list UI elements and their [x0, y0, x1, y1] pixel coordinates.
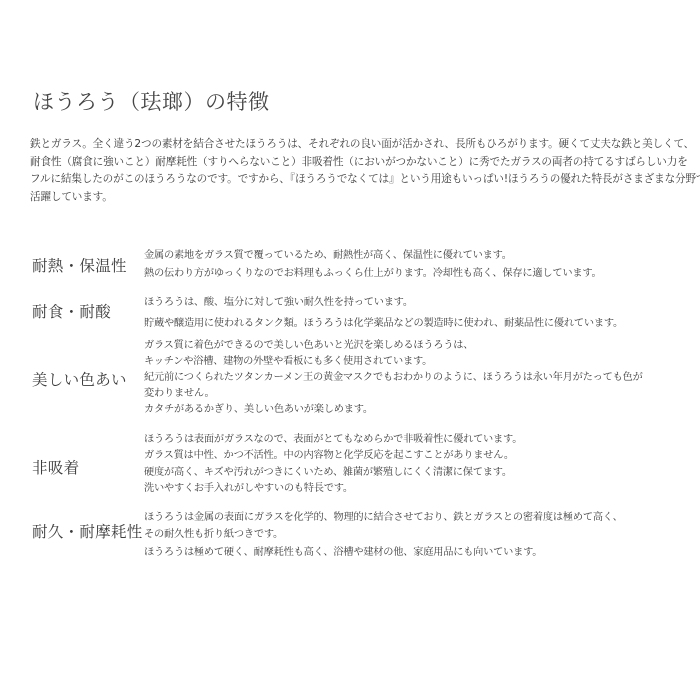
- feature-line: その耐久性も折り紙つきです。: [144, 526, 623, 544]
- feature-description: ほうろうは金属の表面にガラスを化学的、物理的に結合させており、鉄とガラスとの密着…: [144, 510, 623, 562]
- feature-description: 金属の素地をガラス質で覆っているため、耐熱性が高く、保温性に優れています。 熱の…: [144, 247, 601, 283]
- feature-heading: 耐久・耐摩耗性: [32, 520, 143, 542]
- feature-line: キッチンや浴槽、建物の外壁や看板にも多く使用されています。: [144, 354, 643, 370]
- page-title: ほうろう（珐瑯）の特徴: [33, 86, 270, 116]
- feature-line: ほうろうは金属の表面にガラスを化学的、物理的に結合させており、鉄とガラスとの密着…: [144, 510, 623, 526]
- intro-paragraph: 鉄とガラス。全く違う2つの素材を結合させたほうろうは、それぞれの良い面が活かされ…: [30, 136, 690, 206]
- feature-line: ガラス質に着色ができるので美しい色あいと光沢を楽しめるほうろうは、: [144, 338, 643, 354]
- feature-heading: 非吸着: [32, 456, 79, 478]
- feature-description: ほうろうは、酸、塩分に対して強い耐久性を持っています。 貯蔵や醸造用に使われるタ…: [144, 292, 623, 334]
- feature-line: 紀元前につくられたツタンカーメン王の黄金マスクでもおわかりのように、ほうろうは永…: [144, 370, 643, 386]
- feature-line: ほうろうは表面がガラスなので、表面がとてもなめらかで非吸着性に優れています。: [144, 432, 522, 448]
- intro-line: 耐食性（腐食に強いこと）耐摩耗性（すりへらないこと）非吸着性（においがつかないこ…: [30, 154, 690, 172]
- feature-heading: 美しい色あい: [32, 368, 127, 390]
- intro-line: フルに結集したのがこのほうろうなのです。ですから、『ほうろうでなくては』という用…: [30, 171, 690, 189]
- feature-heading: 耐食・耐酸: [32, 300, 111, 322]
- feature-description: ガラス質に着色ができるので美しい色あいと光沢を楽しめるほうろうは、 キッチンや浴…: [144, 338, 643, 418]
- feature-line: 変わりません。: [144, 386, 643, 402]
- feature-line: 貯蔵や醸造用に使われるタンク類。ほうろうは化学薬品などの製造時に使われ、耐薬品性…: [144, 313, 623, 334]
- intro-line: 活躍しています。: [30, 189, 690, 207]
- feature-line: 熱の伝わり方がゆっくりなのでお料理もふっくら仕上がります。冷却性も高く、保存に適…: [144, 265, 601, 283]
- feature-line: ガラス質は中性、かつ不活性。中の内容物と化学反応を起こすことがありません。: [144, 448, 522, 464]
- feature-line: 硬度が高く、キズや汚れがつきにくいため、雑菌が繁殖しにくく清潔に保てます。: [144, 464, 522, 481]
- feature-line: カタチがあるかぎり、美しい色あいが楽しめます。: [144, 402, 643, 418]
- intro-line: 鉄とガラス。全く違う2つの素材を結合させたほうろうは、それぞれの良い面が活かされ…: [30, 136, 690, 154]
- feature-line: ほうろうは、酸、塩分に対して強い耐久性を持っています。: [144, 292, 623, 313]
- feature-description: ほうろうは表面がガラスなので、表面がとてもなめらかで非吸着性に優れています。 ガ…: [144, 432, 522, 497]
- feature-line: 金属の素地をガラス質で覆っているため、耐熱性が高く、保温性に優れています。: [144, 247, 601, 265]
- feature-line: 洗いやすくお手入れがしやすいのも特長です。: [144, 481, 522, 497]
- feature-heading: 耐熱・保温性: [32, 254, 127, 276]
- feature-line: ほうろうは極めて硬く、耐摩耗性も高く、浴槽や建材の他、家庭用品にも向いています。: [144, 544, 623, 562]
